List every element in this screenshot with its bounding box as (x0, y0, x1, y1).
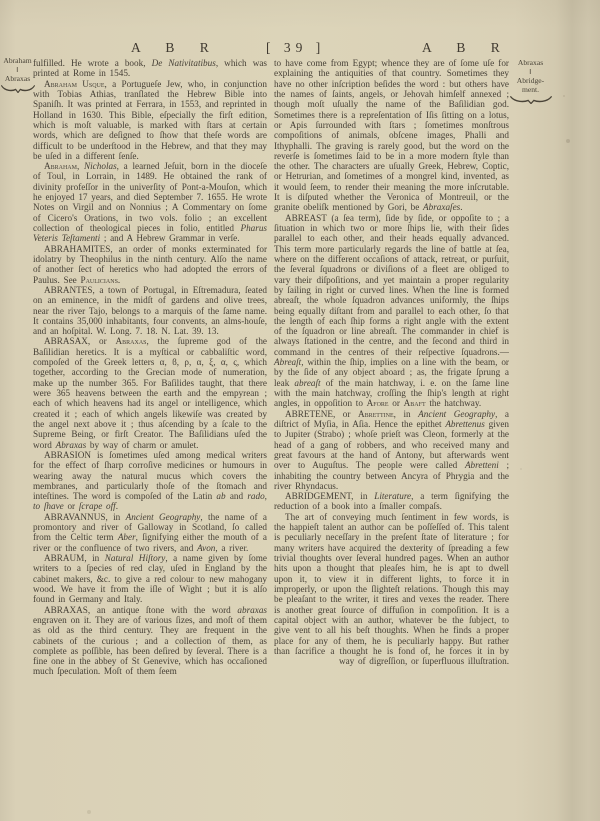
text-segment: . (460, 202, 462, 212)
text-segment: The art of conveying much ſentiment in f… (274, 512, 509, 666)
text-segment: ABRAHAMITES, an order of monks extermina… (33, 244, 267, 285)
page-number: [ 39 ] (266, 40, 325, 56)
paragraph: The art of conveying much ſentiment in f… (274, 512, 509, 667)
text-segment: Avon (197, 543, 215, 553)
margin-note-right-line: ment. (507, 85, 554, 94)
margin-note-left-line: Abraxas (1, 74, 34, 83)
text-segment: Abreaſt (274, 357, 301, 367)
text-segment: ABRIDGEMENT, in (285, 491, 374, 501)
text-segment: Abraham (44, 161, 77, 171)
text-segment: . (116, 501, 118, 511)
text-segment: or (64, 501, 79, 511)
brace-icon (510, 95, 552, 104)
paragraph: ABRAXAS, an antique ſtone with the word … (33, 605, 267, 677)
text-segment: ABRASAX, or (44, 336, 116, 346)
text-segment: , a Portugueſe Jew, who, in conjunction … (33, 79, 267, 161)
margin-note-left-divider: ‖ (1, 65, 34, 74)
margin-note-left-line: Abraham (1, 56, 34, 65)
text-segment: Abraxas (116, 336, 147, 346)
text-segment: Natural Hiſtory (105, 553, 166, 563)
paragraph: ABRASION is ſometimes uſed among medical… (33, 450, 267, 512)
paragraph: ABRASAX, or Abraxas, the ſupreme god of … (33, 336, 267, 449)
paper-specks (0, 0, 2, 2)
text-segment: Paulicians (80, 275, 117, 285)
paragraph: ABRETENE, or Abrettine, in Ancient Geogr… (274, 409, 509, 492)
text-column-left: fulfilled. He wrote a book, De Nativitat… (33, 58, 267, 677)
text-segment: Aber (118, 532, 136, 542)
paragraph: Abraham Usque, a Portugueſe Jew, who, in… (33, 79, 267, 162)
paragraph: ABRANTES, a town of Portugal, in Eſtrema… (33, 285, 267, 337)
running-head-left: A B R (131, 40, 220, 56)
text-column-right: to have come from Egypt; whence they are… (274, 58, 509, 666)
text-segment: ; and A Hebrew Grammar in verſe. (100, 233, 239, 243)
text-segment: , (77, 161, 84, 171)
text-segment: abreaſt (294, 378, 320, 388)
text-segment: , in (394, 409, 419, 419)
paragraph: ABRAHAMITES, an order of monks extermina… (33, 244, 267, 285)
text-segment: Abraxas (56, 440, 87, 450)
paragraph: to have come from Egypt; whence they are… (274, 58, 509, 213)
text-segment: Ancient Geography (126, 512, 201, 522)
paragraph: ABRAVANNUS, in Ancient Geography, the na… (33, 512, 267, 553)
running-head-right: A B R (422, 40, 511, 56)
paragraph: Abraham, Nicholas, a learned Jeſuit, bor… (33, 161, 267, 244)
text-segment: ABRAXAS, an antique ſtone with the word (44, 605, 237, 615)
text-segment: Abraxaſes (423, 202, 460, 212)
brace-icon (1, 84, 35, 93)
scanned-book-page: A B R [ 39 ] A B R Abraham ‖ Abraxas Abr… (0, 0, 600, 821)
text-segment: Abraham Usque (44, 79, 105, 89)
text-segment: De Nativitatibus (152, 58, 216, 68)
text-segment: Nicholas (84, 161, 117, 171)
text-segment: engraven on it. They are of various ſize… (33, 615, 267, 677)
text-segment: Abretteni (465, 460, 499, 470)
paragraph: fulfilled. He wrote a book, De Nativitat… (33, 58, 267, 79)
margin-note-right: Abraxas ‖ Abridge- ment. (507, 58, 554, 104)
text-segment: , a river. (215, 543, 248, 553)
text-segment: , a learned Jeſuit, born in the dioceſe … (33, 161, 267, 233)
margin-note-left: Abraham ‖ Abraxas (1, 56, 34, 93)
paragraph: ABREAST (a ſea term), ſide by ſide, or o… (274, 213, 509, 409)
text-segment: , the ſupreme god of the Baſilidian here… (33, 336, 267, 449)
text-segment: Literature (374, 491, 411, 501)
text-segment: Abrettine (358, 409, 394, 419)
text-segment: ABRANTES, a town of Portugal, in Eſtrema… (33, 285, 267, 336)
paragraph: ABRIDGEMENT, in Literature, a term ſigni… (274, 491, 509, 512)
margin-note-right-line: Abraxas (507, 58, 554, 67)
text-segment: ABREAST (a ſea term), ſide by ſide, or o… (274, 213, 509, 357)
margin-note-right-line: Abridge- (507, 76, 554, 85)
text-segment: Afore (367, 398, 389, 408)
text-segment: Ancient Geography (418, 409, 495, 419)
text-segment: ab (216, 491, 225, 501)
text-segment: Abaft (404, 398, 426, 408)
text-segment: . (118, 275, 120, 285)
text-segment: by way of charm or amulet. (86, 440, 198, 450)
text-segment: ABRAUM, in (44, 553, 105, 563)
paragraph: ABRAUM, in Natural Hiſtory, a name given… (33, 553, 267, 605)
text-segment: ABRETENE, or (285, 409, 358, 419)
text-segment: the hatchway. (426, 398, 482, 408)
margin-note-right-divider: ‖ (507, 67, 554, 76)
text-segment: ABRAVANNUS, in (44, 512, 126, 522)
text-segment: abraxas (237, 605, 267, 615)
text-segment: Abrettenus (445, 419, 484, 429)
text-segment: to have come from Egypt; whence they are… (274, 58, 509, 212)
text-segment: or (389, 398, 404, 408)
text-segment: and (226, 491, 248, 501)
text-segment: fulfilled. He wrote a book, (33, 58, 152, 68)
text-segment: ſcrape off (79, 501, 116, 511)
